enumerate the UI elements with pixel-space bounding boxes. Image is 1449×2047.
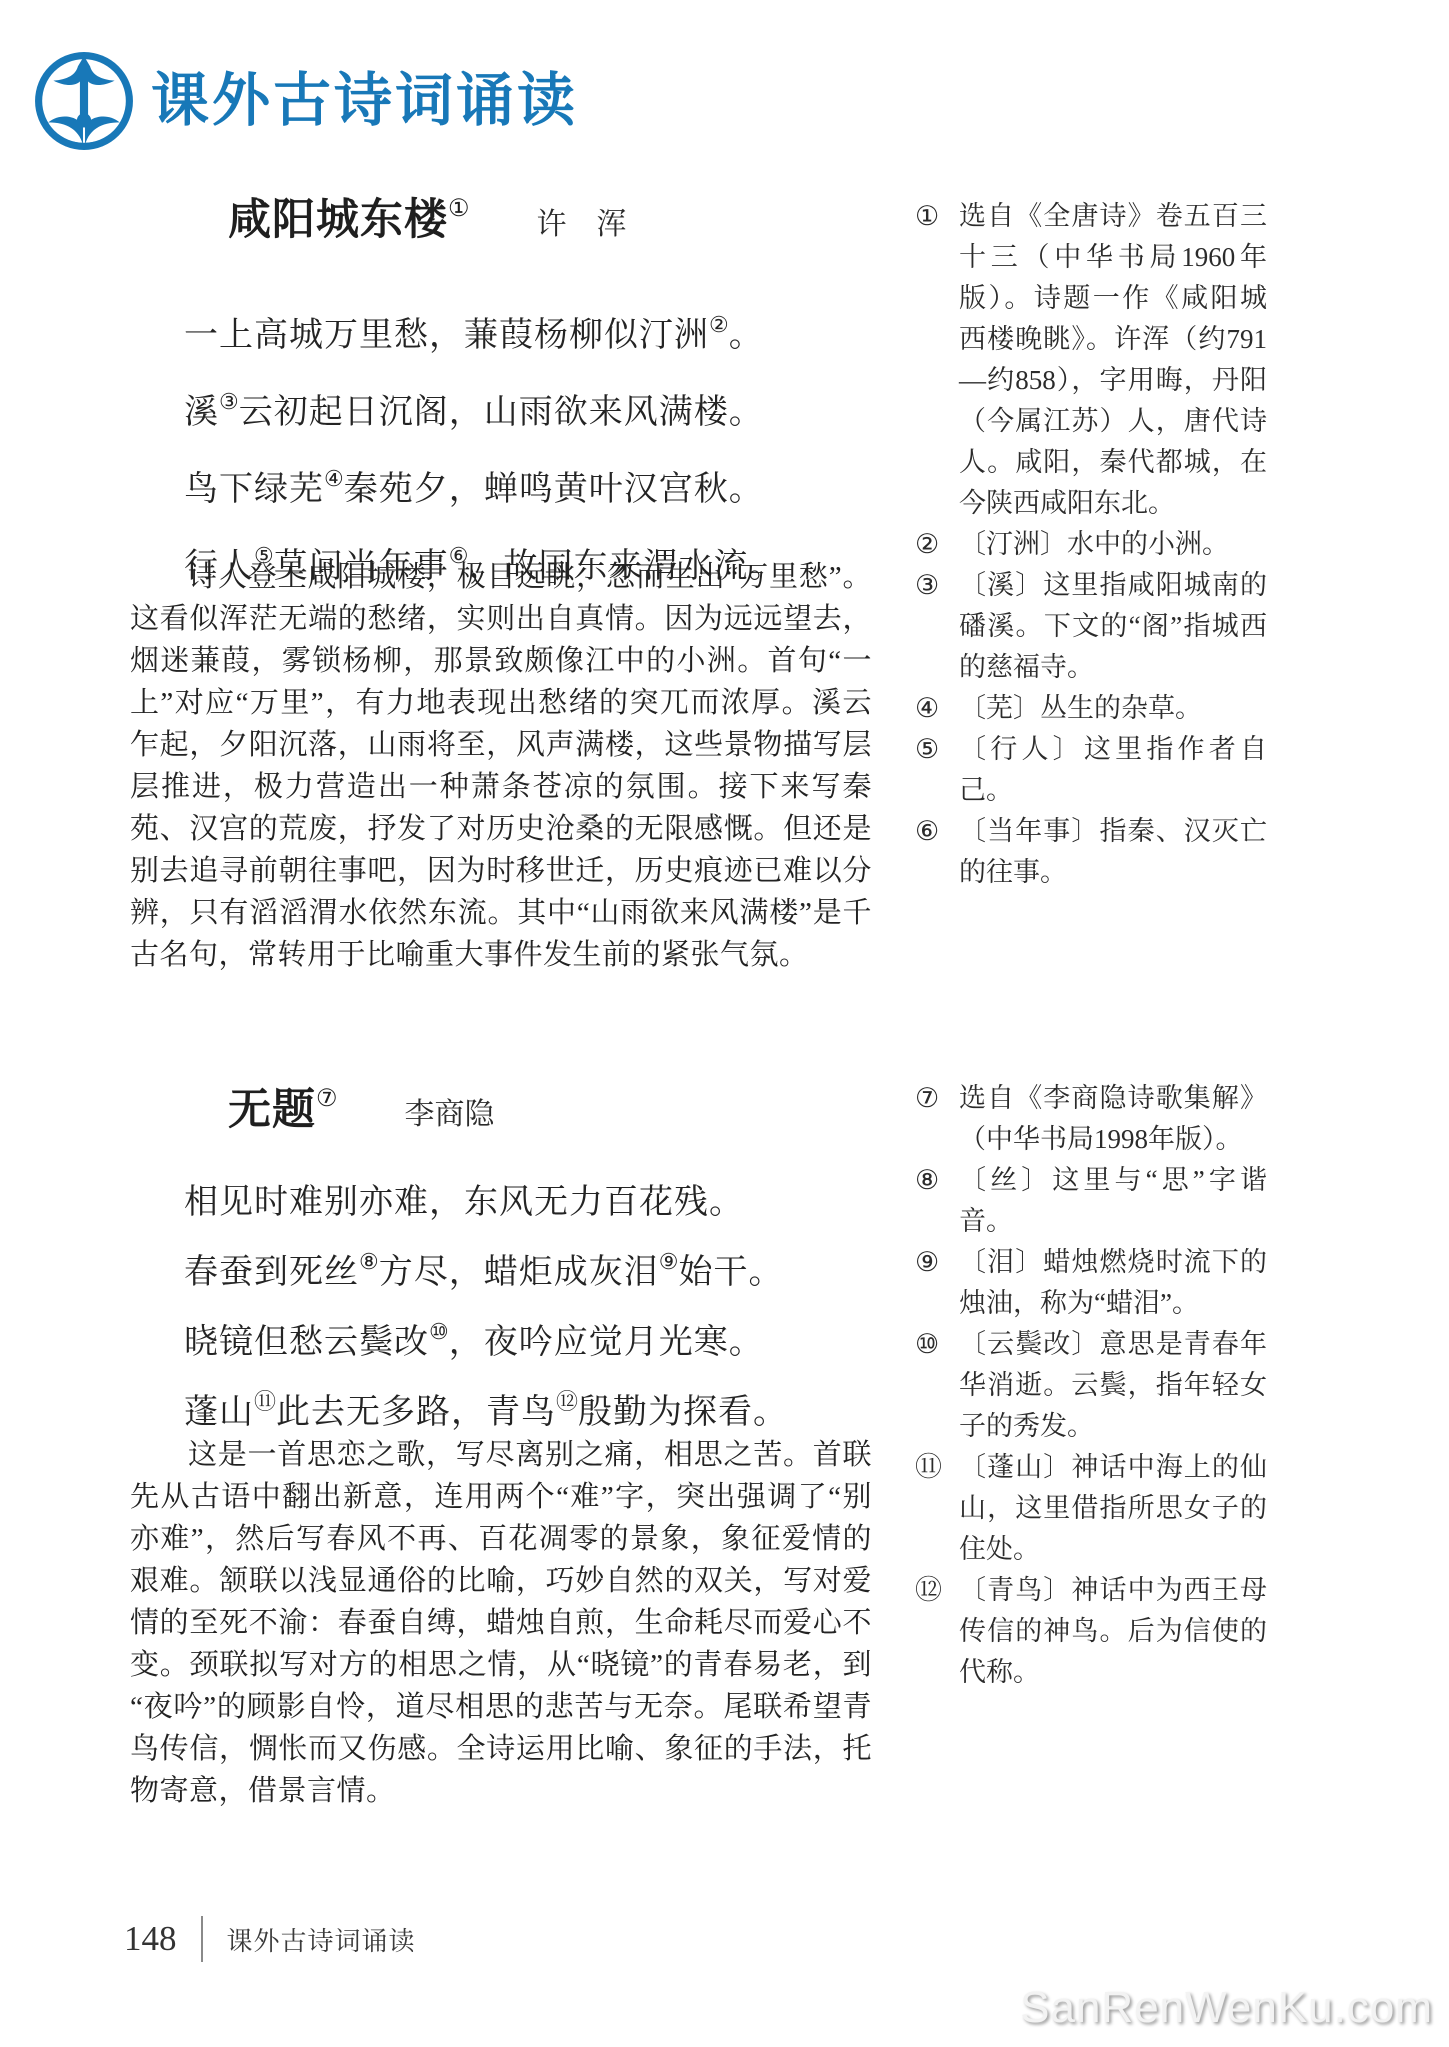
annotation-item: ③〔溪〕这里指咸阳城南的磻溪。下文的“阁”指城西的慈福寺。 <box>915 565 1267 688</box>
textbook-page: 课外古诗词诵读 咸阳城东楼① 许 浑 一上高城万里愁，蒹葭杨柳似汀洲②。溪③云初… <box>0 0 1449 2047</box>
poem2-author: 李商隐 <box>405 1098 495 1131</box>
annotation-text: 〔芜〕丛生的杂草。 <box>959 693 1202 723</box>
footer-section-label: 课外古诗词诵读 <box>227 1921 416 1958</box>
poem2-title-note: ⑦ <box>316 1086 339 1112</box>
annotation-number: ⑧ <box>915 1160 939 1201</box>
annotation-item: ①选自《全唐诗》卷五百三十三（中华书局1960年版）。诗题一作《咸阳城西楼晚眺》… <box>915 196 1267 524</box>
poem2-header: 无题⑦ 李商隐 <box>228 1076 495 1137</box>
annotation-number: ⑫ <box>915 1570 942 1611</box>
poem1-annotations: ①选自《全唐诗》卷五百三十三（中华书局1960年版）。诗题一作《咸阳城西楼晚眺》… <box>915 196 1267 893</box>
annotation-item: ⑪〔蓬山〕神话中海上的仙山，这里借指所思女子的住处。 <box>915 1447 1267 1570</box>
annotation-text: 〔汀洲〕水中的小洲。 <box>959 529 1229 559</box>
annotation-number: ③ <box>915 565 939 606</box>
annotation-item: ⑦选自《李商隐诗歌集解》（中华书局1998年版）。 <box>915 1078 1267 1160</box>
poem-line: 晓镜但愁云鬓改⑩，夜吟应觉月光寒。 <box>184 1308 788 1378</box>
poem2-lines: 相见时难别亦难，东风无力百花残。春蚕到死丝⑧方尽，蜡炬成灰泪⑨始干。晓镜但愁云鬓… <box>184 1168 788 1448</box>
annotation-text: 〔泪〕蜡烛燃烧时流下的烛油，称为“蜡泪”。 <box>959 1247 1267 1318</box>
poem1-header: 咸阳城东楼① 许 浑 <box>228 186 627 247</box>
annotation-text: 〔溪〕这里指咸阳城南的磻溪。下文的“阁”指城西的慈福寺。 <box>959 570 1267 682</box>
poem-line: 溪③云初起日沉阁，山雨欲来风满楼。 <box>184 374 783 451</box>
annotation-text: 〔蓬山〕神话中海上的仙山，这里借指所思女子的住处。 <box>959 1452 1267 1564</box>
poem-line: 鸟下绿芜④秦苑夕，蝉鸣黄叶汉宫秋。 <box>184 451 783 528</box>
poem1-title-note: ① <box>448 196 471 222</box>
footer-divider <box>201 1916 203 1962</box>
page-footer: 148 课外古诗词诵读 <box>124 1916 416 1962</box>
poem1-commentary: 诗人登上咸阳城楼，极目远眺，忽而生出“万里愁”。这看似浑茫无端的愁绪，实则出自真… <box>130 556 872 976</box>
annotation-number: ⑪ <box>915 1447 942 1488</box>
poem-line: 一上高城万里愁，蒹葭杨柳似汀洲②。 <box>184 297 783 374</box>
book-logo-icon <box>33 50 135 152</box>
annotation-item: ⑥〔当年事〕指秦、汉灭亡的往事。 <box>915 811 1267 893</box>
annotation-number: ⑨ <box>915 1242 939 1283</box>
annotation-text: 〔青鸟〕神话中为西王母传信的神鸟。后为信使的代称。 <box>959 1575 1267 1687</box>
page-title: 课外古诗词诵读 <box>151 72 578 130</box>
annotation-text: 选自《李商隐诗歌集解》（中华书局1998年版）。 <box>959 1083 1267 1154</box>
annotation-number: ④ <box>915 688 939 729</box>
annotation-item: ⑩〔云鬓改〕意思是青春年华消逝。云鬓，指年轻女子的秀发。 <box>915 1324 1267 1447</box>
annotation-item: ⑤〔行人〕这里指作者自己。 <box>915 729 1267 811</box>
annotation-text: 〔行人〕这里指作者自己。 <box>959 734 1267 805</box>
page-number: 148 <box>124 1919 177 1959</box>
annotation-text: 〔当年事〕指秦、汉灭亡的往事。 <box>959 816 1267 887</box>
annotation-number: ⑥ <box>915 811 939 852</box>
annotation-number: ⑤ <box>915 729 939 770</box>
annotation-text: 〔丝〕这里与“思”字谐音。 <box>959 1165 1267 1236</box>
watermark: SanRenWenKu.com <box>1020 1983 1433 2033</box>
annotation-text: 〔云鬓改〕意思是青春年华消逝。云鬓，指年轻女子的秀发。 <box>959 1329 1267 1441</box>
annotation-item: ④〔芜〕丛生的杂草。 <box>915 688 1267 729</box>
poem1-title: 咸阳城东楼① <box>228 197 471 244</box>
annotation-item: ⑨〔泪〕蜡烛燃烧时流下的烛油，称为“蜡泪”。 <box>915 1242 1267 1324</box>
poem2-title-text: 无题 <box>228 1087 316 1134</box>
annotation-number: ⑦ <box>915 1078 939 1119</box>
poem1-title-text: 咸阳城东楼 <box>228 197 448 244</box>
poem1-author: 许 浑 <box>537 208 627 241</box>
poem2-annotations: ⑦选自《李商隐诗歌集解》（中华书局1998年版）。⑧〔丝〕这里与“思”字谐音。⑨… <box>915 1078 1267 1693</box>
annotation-item: ②〔汀洲〕水中的小洲。 <box>915 524 1267 565</box>
poem2-title: 无题⑦ <box>228 1087 339 1134</box>
annotation-number: ② <box>915 524 939 565</box>
annotation-text: 选自《全唐诗》卷五百三十三（中华书局1960年版）。诗题一作《咸阳城西楼晚眺》。… <box>959 201 1267 518</box>
page-header: 课外古诗词诵读 <box>33 50 578 152</box>
annotation-item: ⑫〔青鸟〕神话中为西王母传信的神鸟。后为信使的代称。 <box>915 1570 1267 1693</box>
poem-line: 春蚕到死丝⑧方尽，蜡炬成灰泪⑨始干。 <box>184 1238 788 1308</box>
annotation-number: ⑩ <box>915 1324 939 1365</box>
annotation-number: ① <box>915 196 939 237</box>
poem2-commentary: 这是一首思恋之歌，写尽离别之痛，相思之苦。首联先从古语中翻出新意，连用两个“难”… <box>130 1434 872 1812</box>
poem-line: 相见时难别亦难，东风无力百花残。 <box>184 1168 788 1238</box>
annotation-item: ⑧〔丝〕这里与“思”字谐音。 <box>915 1160 1267 1242</box>
